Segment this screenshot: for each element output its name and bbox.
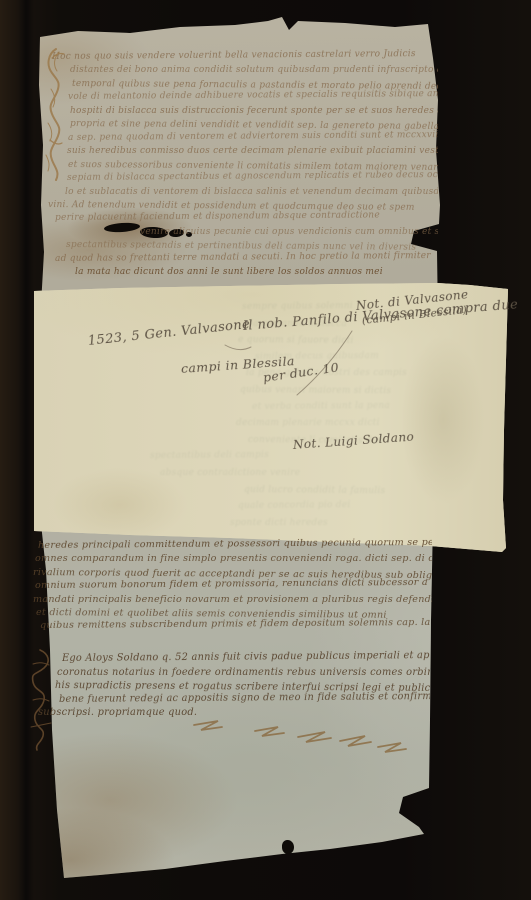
handwritten-line: hospiti di bislacca suis distruccionis f… xyxy=(70,106,438,116)
handwritten-line: quibus venari maiorem si dictis xyxy=(240,385,455,397)
handwritten-line: et verba conditi sunt la pena xyxy=(252,400,455,412)
handwritten-line: e quorum si fauore dicti xyxy=(238,335,455,347)
handwritten-line: quale concordia pio dei xyxy=(238,499,455,511)
handwritten-line: lo et sublacatis di ventorem di bislacca… xyxy=(65,187,438,197)
handwritten-line: decimam plenarie mccxx dicti xyxy=(236,418,455,428)
handwritten-line: coronatus notarius in foedere ordinament… xyxy=(57,667,430,678)
handwritten-line: venire alicuius pecunie cui opus vendici… xyxy=(140,227,438,237)
handwritten-line: suis heredibus conmisso duos certe decim… xyxy=(67,146,438,156)
handwritten-line: la mata hac dicunt dos anni le sunt libe… xyxy=(75,267,438,277)
handwritten-line: distantes dei bono anima condidit solutu… xyxy=(70,65,438,75)
notary-sign-flourish xyxy=(31,650,51,750)
handwritten-line: mandati principalis beneficio novarum et… xyxy=(33,594,432,605)
handwritten-line: subscripsi. propriamque quod. xyxy=(38,707,430,718)
handwritten-line: omnes comparandum in fine simplo present… xyxy=(35,553,432,564)
handwritten-line: absque contradictione venire xyxy=(160,468,455,478)
worm-hole xyxy=(282,840,294,854)
handwritten-line: quid lucro condidit la famulis xyxy=(244,485,455,497)
photograph-background: Hoc nos quo suis vendere voluerint bella… xyxy=(0,0,531,900)
handwritten-line: sponte dicti heredes xyxy=(230,518,455,528)
